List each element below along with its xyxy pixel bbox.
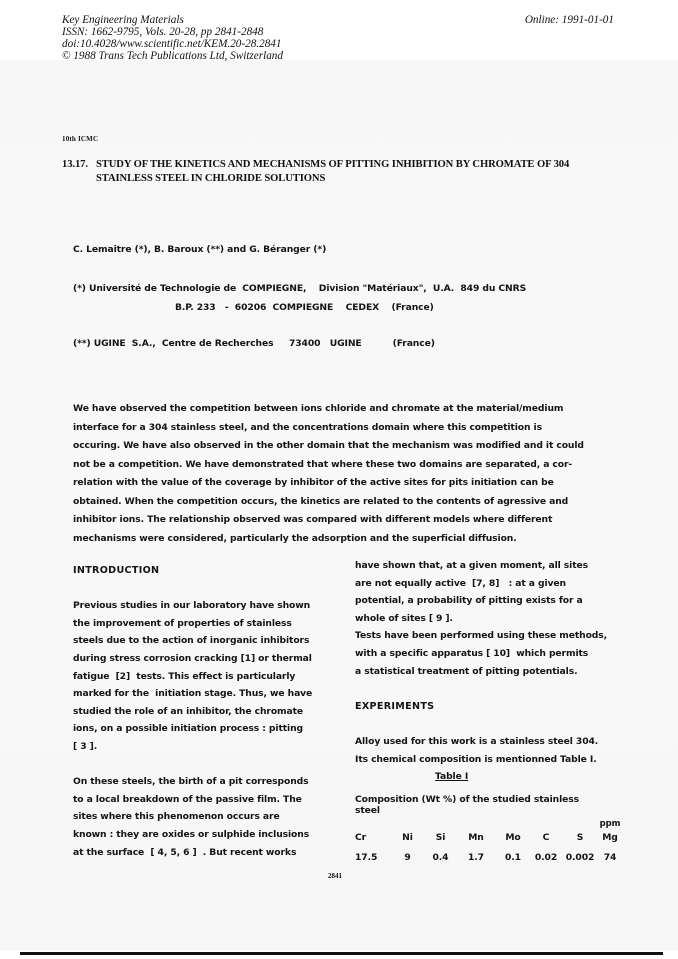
copyright-line: © 1988 Trans Tech Publications Ltd, Swit… [62,50,283,62]
experiments-heading: EXPERIMENTS [355,698,625,716]
intro-para1-line: fatigue [2] tests. This effect is partic… [73,668,343,686]
right-para2-line: a statistical treatment of pitting poten… [355,663,625,681]
right-para1-line: whole of sites [ 9 ]. [355,610,625,628]
table-header: Ni [391,829,424,847]
intro-para1-line: during stress corrosion cracking [1] or … [73,650,343,668]
title-line-2: STAINLESS STEEL IN CHLORIDE SOLUTIONS [62,172,622,186]
intro-para1-line: steels due to the action of inorganic in… [73,632,343,650]
affiliation-2: (**) UGINE S.A., Centre de Recherches 73… [73,338,435,349]
section-number: 13.17. [62,158,96,172]
abstract-line: not be a competition. We have demonstrat… [73,456,613,475]
unit-note: ppm [599,820,621,829]
intro-para2-line: sites where this phenomenon occurs are [73,808,343,826]
abstract-line: inhibitor ions. The relationship observe… [73,511,613,530]
publication-metadata: Key Engineering Materials ISSN: 1662-979… [62,14,283,62]
right-para1-line: potential, a probability of pitting exis… [355,592,625,610]
table-cell: 0.02 [531,846,561,868]
intro-para1-line: the improvement of properties of stainle… [73,615,343,633]
right-para2-line: with a specific apparatus [ 10] which pe… [355,645,625,663]
intro-para2-line: known : they are oxides or sulphide incl… [73,826,343,844]
experiments-para-line: Its chemical composition is mentionned T… [355,751,625,769]
intro-para1-line: [ 3 ]. [73,738,343,756]
table-title: Table I [355,768,625,786]
table-caption: Composition (Wt %) of the studied stainl… [355,794,625,816]
conference-label: 10th ICMC [62,135,98,143]
right-para2-line: Tests have been performed using these me… [355,627,625,645]
table-header: Si [424,829,457,847]
intro-para2-line: at the surface [ 4, 5, 6 ] . But recent … [73,844,343,862]
right-para1-line: have shown that, at a given moment, all … [355,557,625,575]
table-cell: 17.5 [355,846,391,868]
affiliation-1-address: B.P. 233 - 60206 COMPIEGNE CEDEX (France… [175,302,434,313]
abstract-line: interface for a 304 stainless steel, and… [73,419,613,438]
abstract-line: occuring. We have also observed in the o… [73,437,613,456]
table-header: Mn [457,829,495,847]
intro-para1-line: marked for the initiation stage. Thus, w… [73,685,343,703]
right-para1-line: are not equally active [7, 8] : at a giv… [355,575,625,593]
bottom-scan-edge-divider [20,952,663,955]
table-header: C [531,829,561,847]
title-line-1: STUDY OF THE KINETICS AND MECHANISMS OF … [96,159,569,170]
table-cell: 0.002 [561,846,599,868]
issn-line: ISSN: 1662-9795, Vols. 20-28, pp 2841-28… [62,26,283,38]
abstract-line: obtained. When the competition occurs, t… [73,493,613,512]
abstract-line: We have observed the competition between… [73,400,613,419]
authors: C. Lemaitre (*), B. Baroux (**) and G. B… [73,244,326,255]
experiments-para-line: Alloy used for this work is a stainless … [355,733,625,751]
paper-title: 13.17.STUDY OF THE KINETICS AND MECHANIS… [62,158,622,186]
table-cell: 1.7 [457,846,495,868]
intro-para1-line: studied the role of an inhibitor, the ch… [73,703,343,721]
table-header-row: Cr Ni Si Mn Mo C S Mg [355,829,621,847]
right-column: have shown that, at a given moment, all … [355,557,625,868]
table-header: Mg [599,829,621,847]
table-caption-line: Composition (Wt %) of the studied stainl… [355,794,625,805]
table-header: Cr [355,829,391,847]
journal-name: Key Engineering Materials [62,14,283,26]
table-cell: 0.4 [424,846,457,868]
table-cell: 0.1 [495,846,531,868]
composition-table: ppm Cr Ni Si Mn Mo C S Mg 17.5 9 0.4 1.7… [355,820,621,869]
intro-para2-line: On these steels, the birth of a pit corr… [73,773,343,791]
introduction-heading: INTRODUCTION [73,562,343,580]
page-number: 2841 [328,872,342,880]
table-cell: 74 [599,846,621,868]
left-column: INTRODUCTION Previous studies in our lab… [73,562,343,861]
intro-para2-line: to a local breakdown of the passive film… [73,791,343,809]
abstract-line: mechanisms were considered, particularly… [73,530,613,549]
table-cell: 9 [391,846,424,868]
online-date: Online: 1991-01-01 [525,14,614,26]
affiliation-1: (*) Université de Technologie de COMPIEG… [73,283,526,294]
abstract-line: relation with the value of the coverage … [73,474,613,493]
abstract: We have observed the competition between… [73,400,613,548]
intro-para1-line: ions, on a possible initiation process :… [73,720,343,738]
doi-line: doi:10.4028/www.scientific.net/KEM.20-28… [62,38,283,50]
table-header: Mo [495,829,531,847]
table-header: S [561,829,599,847]
intro-para1-line: Previous studies in our laboratory have … [73,597,343,615]
table-row: 17.5 9 0.4 1.7 0.1 0.02 0.002 74 [355,846,621,868]
table-caption-line: steel [355,805,625,816]
